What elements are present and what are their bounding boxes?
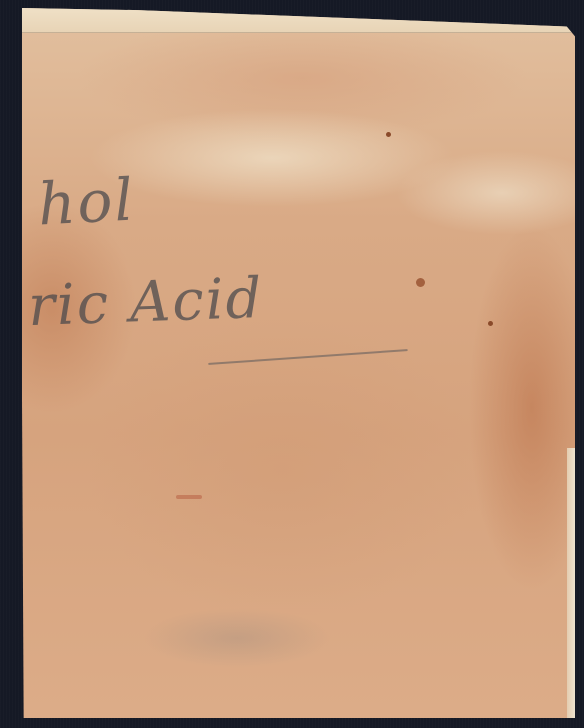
stain-smudge [176, 495, 202, 499]
faint-pencil-marks [142, 608, 332, 668]
pencil-underline [208, 349, 408, 365]
handwriting-line-1: hol [36, 166, 136, 239]
paper-right-edge [567, 448, 575, 718]
handwriting-line-2: ric Acid [27, 266, 265, 339]
foxing-spot [386, 132, 391, 137]
paper-fragment: hol ric Acid [22, 8, 575, 718]
foxing-spot [488, 321, 493, 326]
foxing-spot [416, 278, 425, 287]
